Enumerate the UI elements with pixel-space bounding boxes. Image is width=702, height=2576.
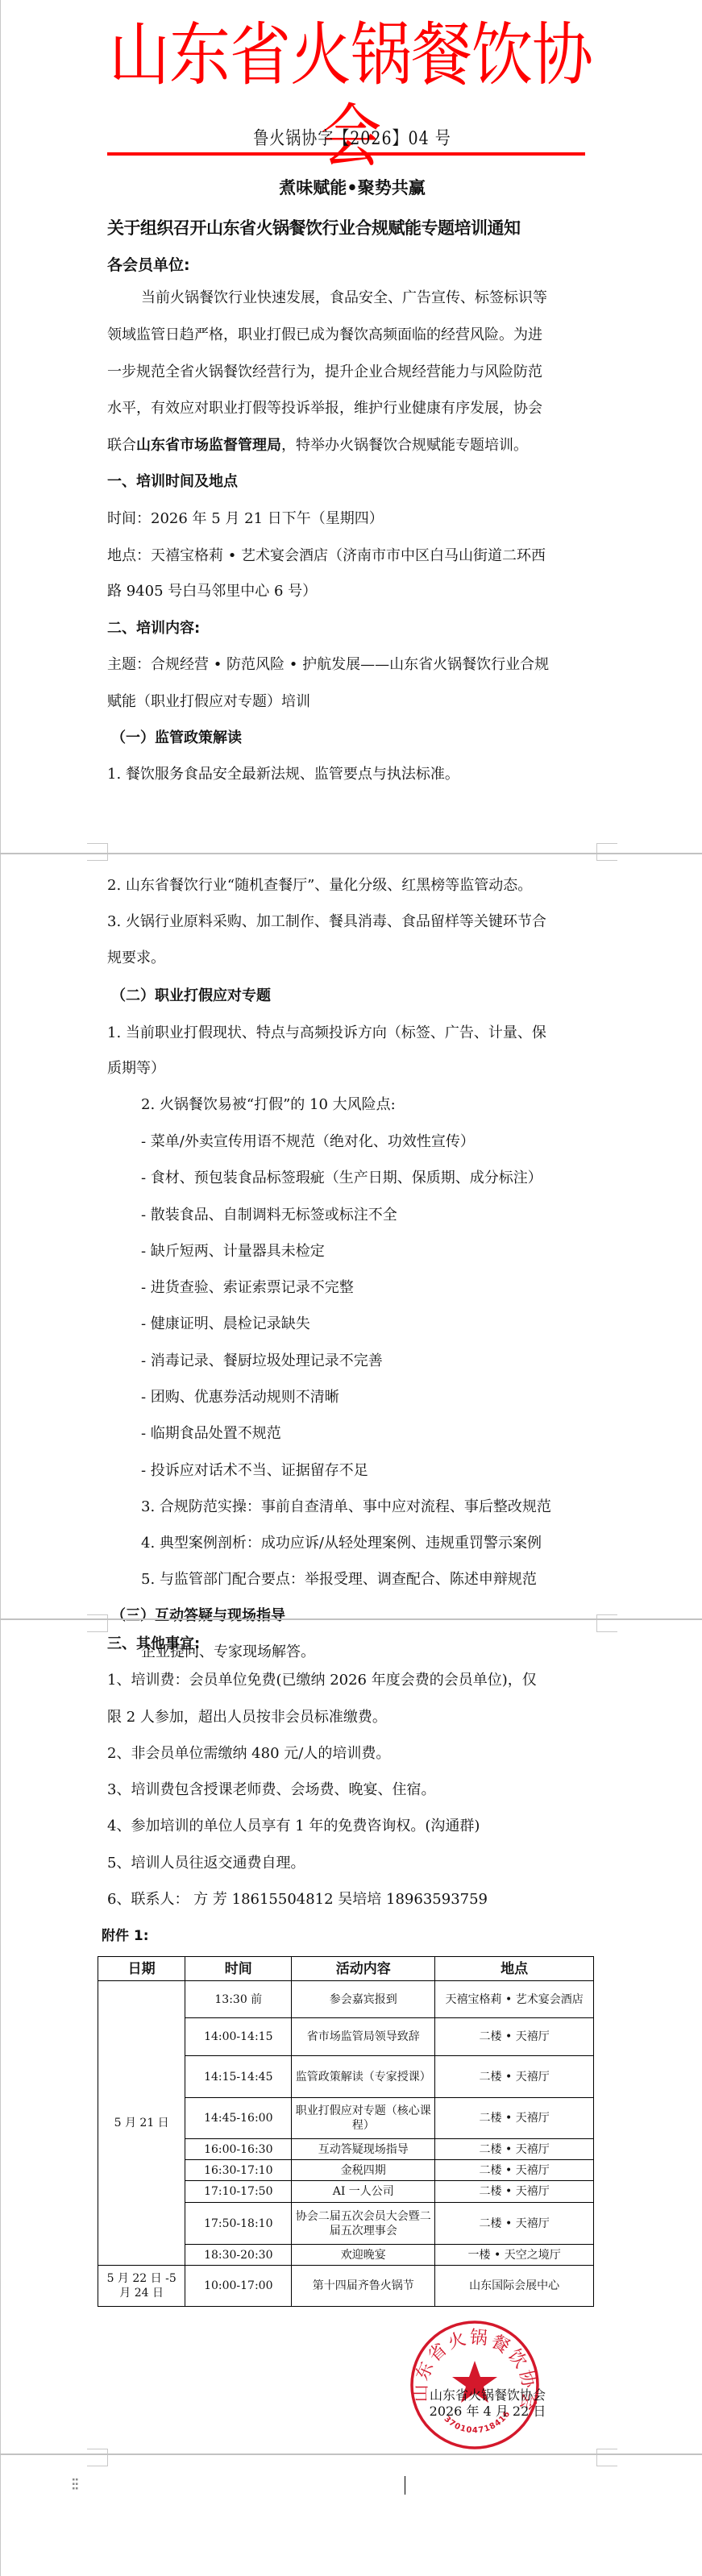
margin-marker xyxy=(87,2449,108,2466)
part3-heading: （三）互动答疑与现场指导 xyxy=(111,1606,285,1626)
margin-marker xyxy=(596,843,617,861)
red-divider-rule xyxy=(107,152,585,156)
intro-suffix: ，特举办火锅餐饮合规赋能专题培训。 xyxy=(281,437,528,454)
intro-line: 水平，有效应对职业打假等投诉举报，维护行业健康有序发展，协会 xyxy=(107,399,542,418)
date-cell: 5 月 22 日 -5 月 24 日 xyxy=(98,2266,185,2307)
official-seal-icon: 山东省火锅餐饮协会 3701047184162 xyxy=(409,2319,541,2451)
table-row: 5 月 22 日 -5 月 24 日 10:00-17:00 第十四届齐鲁火锅节… xyxy=(98,2266,594,2307)
page-left-edge xyxy=(0,0,1,2576)
activity-cell: 互动答疑现场指导 xyxy=(292,2139,435,2160)
other-item: 2、非会员单位需缴纳 480 元/人的培训费。 xyxy=(107,1744,390,1764)
section-heading-2: 二、培训内容: xyxy=(107,619,200,638)
time-cell: 13:30 前 xyxy=(185,1981,292,2018)
other-item: 5、培训人员往返交通费自理。 xyxy=(107,1854,305,1873)
risk-item: - 消毒记录、餐厨垃圾处理记录不完善 xyxy=(141,1352,383,1371)
schedule-table: 日期 时间 活动内容 地点 5 月 21 日 13:30 前 参会嘉宾报到 天禧… xyxy=(98,1956,594,2307)
other-item: 4、参加培训的单位人员享有 1 年的免费咨询权。(沟通群) xyxy=(107,1817,480,1836)
place-cell: 二楼 • 天禧厅 xyxy=(435,2181,594,2203)
part2-item: 3. 合规防范实操：事前自查清单、事中应对流程、事后整改规范 xyxy=(141,1498,551,1517)
risk-item: - 食材、预包装食品标签瑕疵（生产日期、保质期、成分标注） xyxy=(141,1169,542,1188)
activity-cell: 省市场监管局领导致辞 xyxy=(292,2018,435,2056)
table-header-row: 日期 时间 活动内容 地点 xyxy=(98,1957,594,1981)
activity-cell: AI 一人公司 xyxy=(292,2181,435,2203)
drag-handle-icon[interactable] xyxy=(73,2478,79,2491)
part2-item: 4. 典型案例剖析：成功应诉/从轻处理案例、违规重罚警示案例 xyxy=(141,1534,542,1553)
part2-item-cont: 质期等） xyxy=(107,1059,165,1078)
activity-cell: 职业打假应对专题（核心课程） xyxy=(292,2098,435,2139)
time-cell: 14:15-14:45 xyxy=(185,2056,292,2098)
page-break xyxy=(0,2453,702,2455)
time-cell: 14:00-14:15 xyxy=(185,2018,292,2056)
salutation: 各会员单位: xyxy=(107,256,190,275)
part2-heading: （二）职业打假应对专题 xyxy=(111,987,271,1006)
section-heading-1: 一、培训时间及地点 xyxy=(107,472,238,492)
risk-item: - 临期食品处置不规范 xyxy=(141,1424,281,1444)
margin-marker xyxy=(87,843,108,861)
time-cell: 14:45-16:00 xyxy=(185,2098,292,2139)
risk-item: - 散装食品、自制调料无标签或标注不全 xyxy=(141,1206,397,1225)
part1-item-cont: 规要求。 xyxy=(107,949,165,968)
other-item: 1、培训费：会员单位免费(已缴纳 2026 年度会费的会员单位)，仅 xyxy=(107,1671,537,1690)
risk-item: - 进货查验、索证索票记录不完整 xyxy=(141,1278,354,1298)
other-item-cont: 限 2 人参加，超出人员按非会员标准缴费。 xyxy=(107,1708,387,1727)
intro-line: 一步规范全省火锅餐饮经营行为，提升企业合规经营能力与风险防范 xyxy=(107,363,542,382)
risk-item: - 健康证明、晨检记录缺失 xyxy=(141,1315,310,1334)
place-cell: 山东国际会展中心 xyxy=(435,2266,594,2307)
other-item: 3、培训费包含授课老师费、会场费、晚宴、住宿。 xyxy=(107,1780,435,1800)
time-cell: 17:50-18:10 xyxy=(185,2203,292,2245)
activity-cell: 监管政策解读（专家授课） xyxy=(292,2056,435,2098)
risk-item: - 投诉应对话术不当、证据留存不足 xyxy=(141,1461,368,1481)
contact-info: 6、联系人： 方 芳 18615504812 吴培培 18963593759 xyxy=(107,1890,488,1909)
training-time: 时间：2026 年 5 月 21 日下午（星期四） xyxy=(107,509,384,529)
margin-marker xyxy=(87,1614,108,1632)
place-cell: 二楼 • 天禧厅 xyxy=(435,2098,594,2139)
part1-item: 1. 餐饮服务食品安全最新法规、监管要点与执法标准。 xyxy=(107,765,459,784)
risk-item: - 缺斤短两、计量器具未检定 xyxy=(141,1242,325,1261)
training-place: 地点：天禧宝格莉 • 艺术宴会酒店（济南市市中区白马山街道二环西 xyxy=(107,546,546,566)
time-cell: 16:30-17:10 xyxy=(185,2160,292,2181)
col-header-activity: 活动内容 xyxy=(292,1957,435,1981)
risk-item: - 团购、优惠券活动规则不清晰 xyxy=(141,1388,339,1407)
page-break xyxy=(0,853,702,854)
intro-line: 当前火锅餐饮行业快速发展，食品安全、广告宣传、标签标识等 xyxy=(141,289,547,308)
activity-cell: 金税四期 xyxy=(292,2160,435,2181)
time-cell: 18:30-20:30 xyxy=(185,2245,292,2266)
activity-cell: 参会嘉宾报到 xyxy=(292,1981,435,2018)
place-cell: 二楼 • 天禧厅 xyxy=(435,2056,594,2098)
regulator-name: 山东省市场监督管理局 xyxy=(136,437,281,454)
training-place-cont: 路 9405 号白马邻里中心 6 号） xyxy=(107,582,317,601)
place-cell: 一楼 • 天空之境厅 xyxy=(435,2245,594,2266)
part1-item: 2. 山东省餐饮行业“随机查餐厅”、量化分级、红黑榜等监管动态。 xyxy=(107,876,532,895)
time-cell: 10:00-17:00 xyxy=(185,2266,292,2307)
time-cell: 16:00-16:30 xyxy=(185,2139,292,2160)
place-cell: 二楼 • 天禧厅 xyxy=(435,2139,594,2160)
intro-prefix: 联合 xyxy=(107,437,136,454)
training-theme: 主题：合规经营 • 防范风险 • 护航发展——山东省火锅餐饮行业合规 xyxy=(107,655,549,675)
part1-heading: （一）监管政策解读 xyxy=(111,729,242,748)
intro-line-last: 联合山东省市场监督管理局，特举办火锅餐饮合规赋能专题培训。 xyxy=(107,436,528,455)
activity-cell: 欢迎晚宴 xyxy=(292,2245,435,2266)
margin-marker xyxy=(596,2449,617,2466)
page-break xyxy=(0,1618,702,1620)
part1-item: 3. 火锅行业原料采购、加工制作、餐具消毒、食品留样等关键环节合 xyxy=(107,912,546,932)
notice-title: 关于组织召开山东省火锅餐饮行业合规赋能专题培训通知 xyxy=(107,218,521,239)
place-cell: 天禧宝格莉 • 艺术宴会酒店 xyxy=(435,1981,594,2018)
risk-item: - 菜单/外卖宣传用语不规范（绝对化、功效性宣传） xyxy=(141,1132,475,1152)
place-cell: 二楼 • 天禧厅 xyxy=(435,2018,594,2056)
training-theme-cont: 赋能（职业打假应对专题）培训 xyxy=(107,692,310,712)
col-header-date: 日期 xyxy=(98,1957,185,1981)
document-number: 鲁火锅协字【2026】04 号 xyxy=(107,127,597,151)
text-cursor[interactable] xyxy=(405,2476,405,2495)
place-cell: 二楼 • 天禧厅 xyxy=(435,2203,594,2245)
col-header-time: 时间 xyxy=(185,1957,292,1981)
notice-subtitle: 煮味赋能•聚势共赢 xyxy=(107,177,597,198)
date-cell: 5 月 21 日 xyxy=(98,1981,185,2266)
signature-org: 山东省火锅餐饮协会 xyxy=(387,2387,588,2404)
activity-cell: 第十四届齐鲁火锅节 xyxy=(292,2266,435,2307)
place-cell: 二楼 • 天禧厅 xyxy=(435,2160,594,2181)
time-cell: 17:10-17:50 xyxy=(185,2181,292,2203)
activity-cell: 协会二届五次会员大会暨二届五次理事会 xyxy=(292,2203,435,2245)
margin-marker xyxy=(596,1614,617,1632)
signature-date: 2026 年 4 月 22 日 xyxy=(387,2404,588,2420)
part2-item: 1. 当前职业打假现状、特点与高频投诉方向（标签、广告、计量、保 xyxy=(107,1024,546,1043)
part2-item: 5. 与监管部门配合要点：举报受理、调查配合、陈述申辩规范 xyxy=(141,1570,537,1589)
part2-item: 2. 火锅餐饮易被“打假”的 10 大风险点: xyxy=(141,1095,396,1115)
signature-block: 山东省火锅餐饮协会 2026 年 4 月 22 日 xyxy=(387,2387,588,2420)
attachment-label: 附件 1: xyxy=(102,1926,149,1946)
intro-line: 领域监管日趋严格，职业打假已成为餐饮高频面临的经营风险。为进 xyxy=(107,326,542,345)
col-header-place: 地点 xyxy=(435,1957,594,1981)
section-heading-3: 三、其他事宜: xyxy=(107,1635,200,1654)
table-row: 5 月 21 日 13:30 前 参会嘉宾报到 天禧宝格莉 • 艺术宴会酒店 xyxy=(98,1981,594,2018)
